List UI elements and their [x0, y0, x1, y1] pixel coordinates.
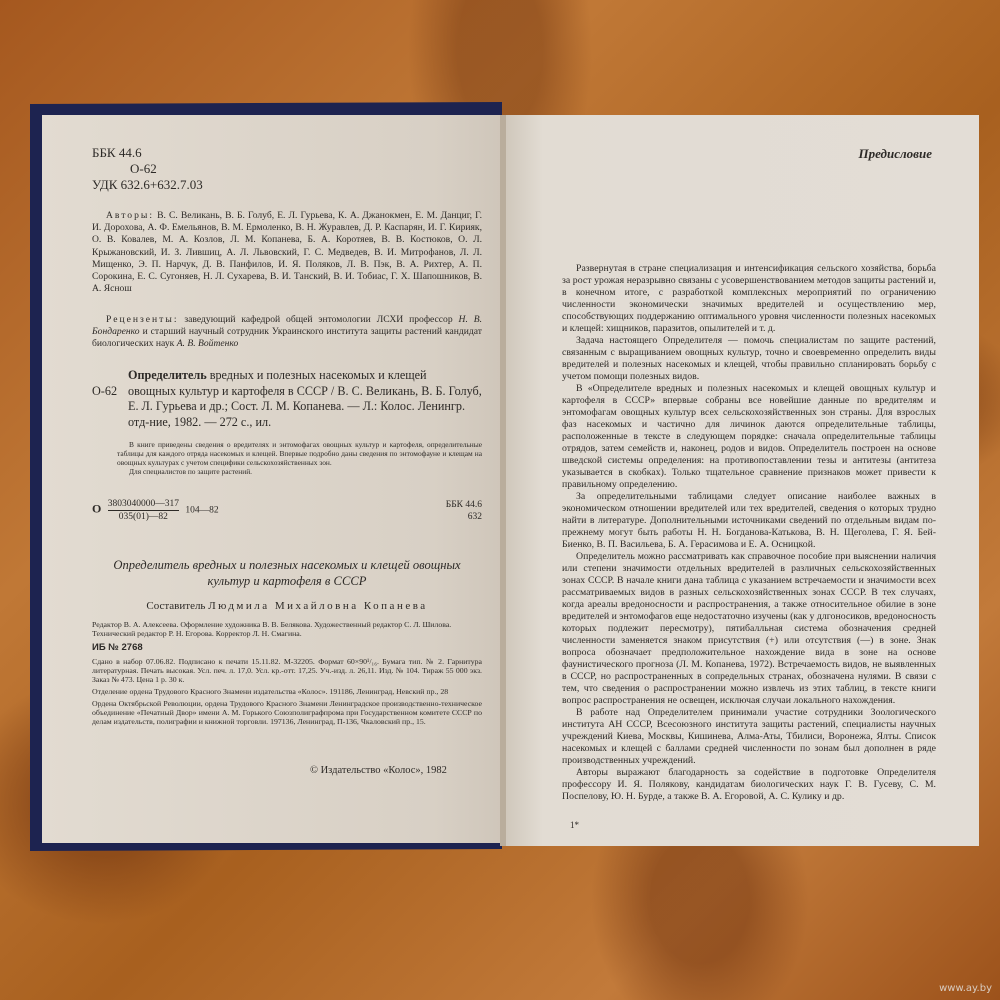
reviewers-text: и старший научный сотрудник Украинского …	[92, 326, 482, 349]
index-block: О 3803040000—317035(01)—82 104—82 ББК 44…	[92, 498, 482, 523]
compiler-name: Людмила Михайловна Копанева	[208, 600, 427, 612]
imprint: Сдано в набор 07.06.82. Подписано к печа…	[92, 657, 482, 726]
index-prefix: О	[92, 502, 101, 516]
index-numerator: 3803040000—317	[108, 498, 179, 511]
annotation: В книге приведены сведения о вредителях …	[117, 440, 482, 476]
preface-text: Развернутая в стране специализация и инт…	[562, 263, 936, 803]
entry-title: вредных и полезных насекомых и клещей	[210, 368, 427, 382]
ib-number: ИБ № 2768	[92, 642, 143, 653]
preface-paragraph: Определитель можно рассматривать как спр…	[562, 551, 936, 707]
authors-names: В. С. Великань, В. Б. Голуб, Е. Л. Гурье…	[92, 210, 482, 294]
copyright: © Издательство «Колос», 1982	[310, 765, 447, 776]
editorial-credits: Редактор В. А. Алексеева. Оформление худ…	[92, 620, 482, 638]
annotation-text: В книге приведены сведения о вредителях …	[117, 440, 482, 467]
reviewer-name: А. В. Войтенко	[177, 338, 239, 349]
compiler-label: Составитель	[146, 600, 205, 612]
index-denominator: 035(01)—82	[108, 511, 179, 523]
bibliographic-entry: Определитель вредных и полезных насекомы…	[92, 368, 482, 430]
preface-paragraph: Задача настоящего Определителя — помочь …	[562, 335, 936, 383]
imprint-publisher: Отделение ордена Трудового Красного Знам…	[92, 687, 482, 696]
book-spine	[500, 115, 506, 846]
index-suffix: 104—82	[185, 506, 218, 516]
entry-title-bold: Определитель	[128, 368, 207, 382]
annotation-audience: Для специалистов по защите растений.	[117, 467, 482, 476]
preface-paragraph: Авторы выражают благодарность за содейст…	[562, 767, 936, 803]
imprint-print-data: Сдано в набор 07.06.82. Подписано к печа…	[92, 657, 482, 684]
classification-block: ББК 44.6 О-62 УДК 632.6+632.7.03	[92, 145, 203, 193]
preface-paragraph: За определительными таблицами следует оп…	[562, 491, 936, 551]
reviewers-text: заведующий кафедрой общей энтомологии ЛС…	[184, 314, 452, 325]
italic-title: Определитель вредных и полезных насекомы…	[92, 558, 482, 589]
reviewers-label: Рецензенты:	[92, 314, 178, 325]
udk-code: УДК 632.6+632.7.03	[92, 177, 203, 193]
entry-code: О-62	[92, 384, 128, 431]
preface-paragraph: В работе над Определителем принимали уча…	[562, 707, 936, 767]
reviewers: Рецензенты: заведующий кафедрой общей эн…	[92, 314, 482, 351]
imprint-printer: Ордена Октябрьской Революции, ордена Тру…	[92, 699, 482, 726]
bbk-right-number: 632	[446, 511, 482, 523]
preface-paragraph: В «Определителе вредных и полезных насек…	[562, 383, 936, 491]
bbk-right: ББК 44.6	[446, 499, 482, 511]
entry-details: овощных культур и картофеля в СССР / В. …	[128, 384, 482, 431]
preface-paragraph: Развернутая в стране специализация и инт…	[562, 263, 936, 335]
compiler: Составитель Людмила Михайловна Копанева	[92, 600, 482, 612]
watermark: www.ay.by	[939, 983, 992, 994]
authors-label: Авторы:	[92, 210, 154, 221]
catalog-code: О-62	[92, 161, 203, 177]
preface-heading: Предисловие	[800, 146, 932, 162]
bbk-code: ББК 44.6	[92, 145, 203, 161]
signature-mark: 1*	[570, 820, 579, 830]
authors-list: Авторы: В. С. Великань, В. Б. Голуб, Е. …	[92, 210, 482, 295]
